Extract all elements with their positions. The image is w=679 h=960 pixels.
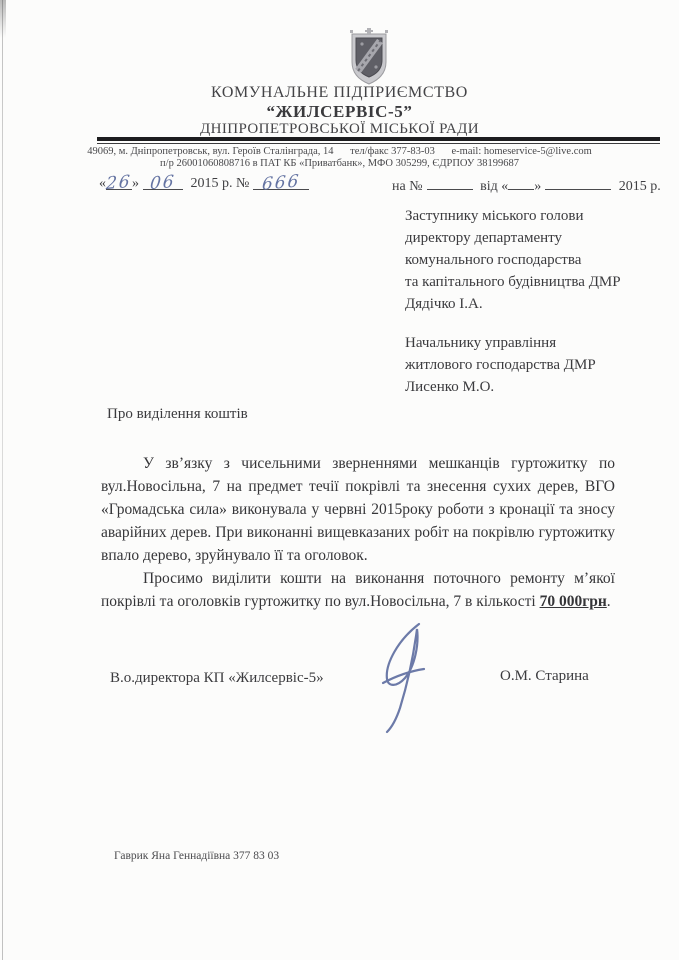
letter-body: У зв’язку з чисельними зверненнями мешка… bbox=[101, 452, 615, 613]
addressee-name: Дядічко І.А. bbox=[405, 293, 621, 315]
phone-fax: тел/факс 377-83-03 bbox=[350, 146, 435, 157]
incoming-day-blank bbox=[508, 176, 534, 190]
body-paragraph-2-end: . bbox=[607, 593, 611, 610]
body-paragraph-2: Просимо виділити кошти на виконання пото… bbox=[101, 567, 615, 613]
address-line: 49069, м. Дніпропетровськ, вул. Героїв С… bbox=[0, 146, 679, 157]
executor-contact: Гаврик Яна Геннадіївна 377 83 03 bbox=[114, 850, 279, 862]
na-label: на № bbox=[392, 179, 423, 194]
body-paragraph-1: У зв’язку з чисельними зверненнями мешка… bbox=[101, 452, 615, 567]
handwritten-month: 06 bbox=[150, 177, 176, 189]
addressee-line: Заступнику міського голови bbox=[405, 205, 621, 227]
city-coat-of-arms-icon bbox=[347, 27, 391, 92]
incoming-month-blank bbox=[545, 176, 611, 190]
addressee-line: житлового господарства ДМР bbox=[405, 354, 621, 376]
org-name-title: “ЖИЛСЕРВІС-5” bbox=[0, 102, 679, 122]
signer-name: О.М. Старина bbox=[500, 668, 589, 685]
vid-label: від « bbox=[480, 179, 508, 194]
year-number-label: 2015 р. № bbox=[191, 176, 250, 191]
incoming-year-label: 2015 р. bbox=[619, 179, 661, 194]
outgoing-reference: «26»06 2015 р. №666 bbox=[99, 176, 309, 192]
addressee-line: комунального господарства bbox=[405, 249, 621, 271]
doc-number-blank: 666 bbox=[253, 176, 309, 190]
postal-address: 49069, м. Дніпропетровськ, вул. Героїв С… bbox=[87, 146, 333, 157]
handwritten-day: 26 bbox=[106, 177, 132, 189]
header-divider-rule bbox=[97, 137, 660, 144]
requested-amount: 70 000грн bbox=[540, 593, 607, 610]
incoming-number-blank bbox=[427, 176, 473, 190]
scan-corner-smudge bbox=[0, 0, 6, 38]
addressee-line: директору департаменту bbox=[405, 227, 621, 249]
scan-edge-artifact bbox=[2, 0, 3, 960]
org-type-title: КОМУНАЛЬНЕ ПІДПРИЄМСТВО bbox=[0, 84, 679, 102]
incoming-reference: на № від «» 2015 р. bbox=[392, 176, 661, 195]
handwritten-doc-number: 666 bbox=[262, 176, 301, 189]
addressee-2: Начальнику управління житлового господар… bbox=[405, 332, 621, 398]
signer-position-title: В.о.директора КП «Жилсервіс-5» bbox=[110, 670, 324, 687]
addressee-line: Начальнику управління bbox=[405, 332, 621, 354]
quote-close: » bbox=[132, 176, 139, 191]
scanned-letter-page: КОМУНАЛЬНЕ ПІДПРИЄМСТВО “ЖИЛСЕРВІС-5” ДН… bbox=[0, 0, 679, 960]
bank-details-line: п/р 26001060808716 в ПАТ КБ «Приватбанк»… bbox=[0, 158, 679, 169]
addressee-block: Заступнику міського голови директору деп… bbox=[405, 205, 621, 398]
subject-line: Про виділення коштів bbox=[107, 406, 248, 423]
body-paragraph-2-text: Просимо виділити кошти на виконання пото… bbox=[101, 570, 615, 610]
org-parent-title: ДНІПРОПЕТРОВСЬКОЇ МІСЬКОЇ РАДИ bbox=[0, 121, 679, 138]
day-blank: 26 bbox=[106, 176, 132, 190]
vid-quote-close: » bbox=[534, 179, 541, 194]
addressee-1: Заступнику міського голови директору деп… bbox=[405, 205, 621, 315]
addressee-name: Лисенко М.О. bbox=[405, 376, 621, 398]
handwritten-signature-icon bbox=[356, 620, 466, 740]
month-blank: 06 bbox=[143, 176, 183, 190]
addressee-line: та капітального будівництва ДМР bbox=[405, 271, 621, 293]
email: e-mail: homeservice-5@live.com bbox=[452, 146, 592, 157]
